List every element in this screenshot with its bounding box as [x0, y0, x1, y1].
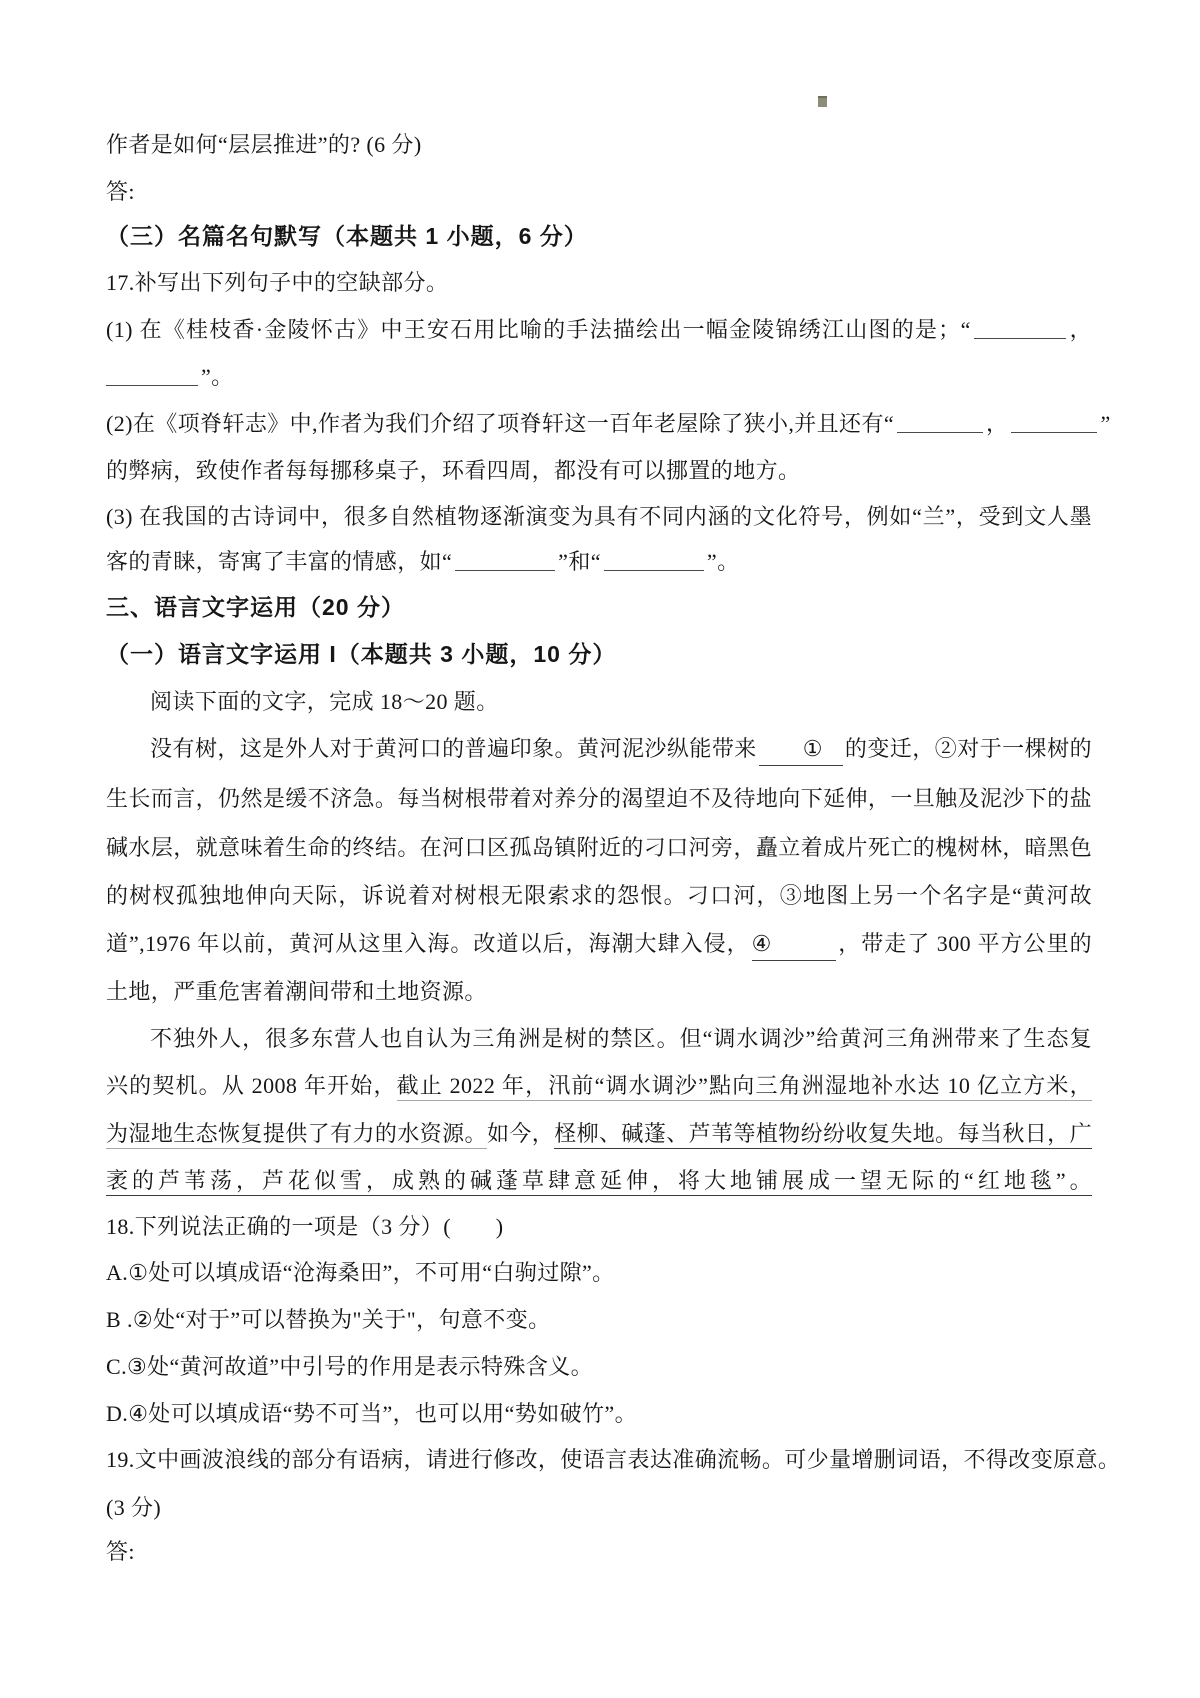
section-heading-language-use-1: （一）语言文字运用 I（本题共 3 小题，10 分） — [106, 639, 1092, 669]
reading-intro-line: 阅读下面的文字，完成 18～20 题。 — [106, 687, 1092, 717]
fill-blank-line — [455, 550, 555, 571]
passage-2-line-1: 不独外人，很多东营人也自认为三角洲是树的禁区。但“调水调沙”给黄河三角洲带来了生… — [106, 1024, 1092, 1054]
p1-text-a: 没有树，这是外人对于黄河口的普遍印象。黄河泥沙纵能带来 — [150, 736, 757, 761]
p1-text-b: 的变迁，②对于一棵树的 — [845, 736, 1092, 761]
passage-1-line-2: 生长而言，仍然是缓不济急。每当树根带着对养分的渴望迫不及待地向下延伸，一旦触及泥… — [106, 784, 1092, 814]
wavy-underlined-text: 截止 2022 年，汛前“调水调沙”點向三角洲湿地补水达 10 亿立方米， — [397, 1073, 1092, 1101]
q17-2-text-b: ， — [986, 411, 1008, 436]
scan-artifact-dot — [818, 96, 827, 107]
wavy-underlined-text: 柽柳、碱蓬、芦苇等植物纷纷收复失地。每当秋日，广 — [554, 1121, 1092, 1149]
question-18-option-c: C.③处“黄河故道”中引号的作用是表示特殊含义。 — [106, 1352, 1092, 1382]
q17-1-text-a: (1) 在《桂枝香·金陵怀古》中王安石用比喻的手法描绘出一幅金陵锦绣江山图的是；… — [106, 317, 971, 342]
p2-text-3mid: 如今， — [487, 1121, 554, 1146]
fill-blank-line — [1011, 412, 1097, 433]
q17-3-text-c: ”和“ — [558, 549, 601, 574]
section-heading-famous-passages: （三）名篇名句默写（本题共 1 小题，6 分） — [106, 221, 1092, 251]
q17-3-text-b: 客的青睐，寄寓了丰富的情感，如“ — [106, 549, 452, 574]
answer-label: 答: — [106, 177, 1092, 207]
passage-1-line-6: 土地，严重危害着潮间带和土地资源。 — [106, 977, 1092, 1007]
question-17-item-1-line-2: ”。 — [106, 362, 1092, 392]
passage-2-line-4: 袤的芦苇荡，芦花似雪，成熟的碱蓬草肆意延伸，将大地铺展成一望无际的“红地毯”。 — [106, 1166, 1092, 1196]
question-18-option-b: B .②处“对于”可以替换为"关于"，句意不变。 — [106, 1305, 1092, 1335]
numbered-blank-4: ④ — [752, 929, 836, 961]
circled-number-4: ④ — [752, 931, 772, 956]
question-19-score: (3 分) — [106, 1493, 1092, 1523]
q17-2-text-a: (2)在《项脊轩志》中,作者为我们介绍了项脊轩这一百年老屋除了狭小,并且还有“ — [106, 411, 894, 436]
wavy-underlined-text: 为湿地生态恢复提供了有力的水资源。 — [106, 1121, 487, 1149]
p1-text-5a: 道”,1976 年以前，黄河从这里入海。改道以后，海潮大肆入侵， — [106, 931, 750, 956]
passage-1-line-3: 碱水层，就意味着生命的终结。在河口区孤岛镇附近的刁口河旁，矗立着成片死亡的槐树林… — [106, 833, 1092, 863]
q17-3-text-d: ”。 — [707, 549, 740, 574]
passage-1-line-1: 没有树，这是外人对于黄河口的普遍印象。黄河泥沙纵能带来①的变迁，②对于一棵树的 — [106, 734, 1092, 766]
passage-1-line-5: 道”,1976 年以前，黄河从这里入海。改道以后，海潮大肆入侵，④，带走了 30… — [106, 929, 1092, 961]
question-17-item-2-line-2: 的弊病，致使作者每每挪移桌子，环看四周，都没有可以挪置的地方。 — [106, 456, 1092, 486]
question-19-stem: 19.文中画波浪线的部分有语病，请进行修改，使语言表达准确流畅。可少量增删词语，… — [106, 1445, 1092, 1475]
p1-text-5b: ，带走了 300 平方公里的 — [838, 931, 1092, 956]
passage-2-line-2: 兴的契机。从 2008 年开始，截止 2022 年，汛前“调水调沙”點向三角洲湿… — [106, 1071, 1092, 1101]
fill-blank-line — [604, 550, 704, 571]
question-16-line: 作者是如何“层层推进”的? (6 分) — [106, 130, 1092, 160]
passage-2-line-3: 为湿地生态恢复提供了有力的水资源。如今，柽柳、碱蓬、芦苇等植物纷纷收复失地。每当… — [106, 1119, 1092, 1149]
question-18-stem: 18.下列说法正确的一项是（3 分）( ) — [106, 1212, 1092, 1242]
q17-1-text-b: ， — [1069, 317, 1092, 342]
question-17-item-3-line-2: 客的青睐，寄寓了丰富的情感，如“”和“”。 — [106, 547, 1092, 577]
section-heading-language-use: 三、语言文字运用（20 分） — [106, 592, 1092, 622]
numbered-blank-1: ① — [759, 734, 843, 766]
answer-label: 答: — [106, 1537, 1092, 1567]
fill-blank-line — [974, 318, 1066, 339]
wavy-underlined-text: 袤的芦苇荡，芦花似雪，成熟的碱蓬草肆意延伸，将大地铺展成一望无际的“红地毯”。 — [106, 1168, 1092, 1196]
question-17-item-1-line-1: (1) 在《桂枝香·金陵怀古》中王安石用比喻的手法描绘出一幅金陵锦绣江山图的是；… — [106, 315, 1092, 345]
q17-1-text-c: ”。 — [201, 364, 234, 389]
circled-number-1: ① — [803, 736, 823, 761]
question-17-item-3-line-1: (3) 在我国的古诗词中，很多自然植物逐渐演变为具有不同内涵的文化符号，例如“兰… — [106, 502, 1092, 532]
passage-1-line-4: 的树杈孤独地伸向天际，诉说着对树根无限索求的怨恨。刁口河，③地图上另一个名字是“… — [106, 881, 1092, 911]
fill-blank-line — [106, 365, 198, 386]
fill-blank-line — [897, 412, 983, 433]
exam-page: 作者是如何“层层推进”的? (6 分) 答: （三）名篇名句默写（本题共 1 小… — [0, 0, 1200, 1698]
question-18-option-d: D.④处可以填成语“势不可当”，也可以用“势如破竹”。 — [106, 1399, 1092, 1429]
question-17-item-2-line-1: (2)在《项脊轩志》中,作者为我们介绍了项脊轩这一百年老屋除了狭小,并且还有“，… — [106, 409, 1092, 439]
question-18-option-a: A.①处可以填成语“沧海桑田”，不可用“白驹过隙”。 — [106, 1258, 1092, 1288]
p2-text-2a: 兴的契机。从 2008 年开始， — [106, 1073, 397, 1098]
question-17-stem: 17.补写出下列句子中的空缺部分。 — [106, 268, 1092, 298]
q17-2-text-c: ” — [1100, 411, 1110, 436]
